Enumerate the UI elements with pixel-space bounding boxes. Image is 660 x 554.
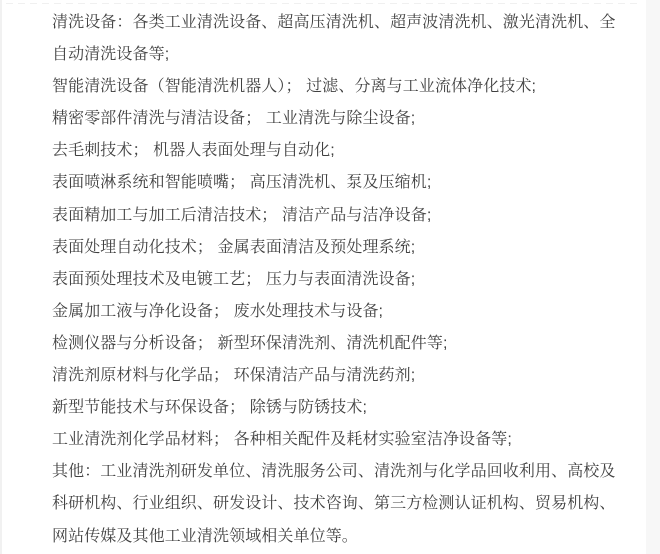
- text-line: 科研机构、行业组织、研发设计、技术咨询、第三方检测认证机构、贸易机构、: [52, 488, 632, 520]
- text-line: 表面喷淋系统和智能喷嘴； 高压清洗机、泵及压缩机;: [52, 167, 632, 199]
- text-line: 新型节能技术与环保设备； 除锈与防锈技术;: [52, 392, 632, 424]
- top-hairline-divider: [6, 3, 642, 4]
- text-line: 精密零部件清洗与清洁设备； 工业清洗与除尘设备;: [52, 103, 632, 135]
- text-line: 表面处理自动化技术； 金属表面清洁及预处理系统;: [52, 232, 632, 264]
- text-line: 清洗设备：各类工业清洗设备、超高压清洗机、超声波清洗机、激光清洗机、全: [52, 7, 632, 39]
- article-page: 清洗设备：各类工业清洗设备、超高压清洗机、超声波清洗机、激光清洗机、全 自动清洗…: [0, 0, 660, 554]
- text-line: 去毛刺技术； 机器人表面处理与自动化;: [52, 135, 632, 167]
- text-line: 工业清洗剂化学品材料； 各种相关配件及耗材实验室洁净设备等;: [52, 424, 632, 456]
- text-line: 网站传媒及其他工业清洗领域相关单位等。: [52, 521, 632, 553]
- text-line: 其他：工业清洗剂研发单位、清洗服务公司、清洗剂与化学品回收利用、高校及: [52, 456, 632, 488]
- right-edge-band: [646, 0, 660, 554]
- text-line: 清洗剂原材料与化学品； 环保清洁产品与清洗药剂;: [52, 360, 632, 392]
- text-line: 自动清洗设备等;: [52, 39, 632, 71]
- left-edge-divider: [0, 0, 2, 554]
- text-line: 智能清洗设备（智能清洗机器人）； 过滤、分离与工业流体净化技术;: [52, 71, 632, 103]
- text-line: 表面精加工与加工后清洁技术； 清洁产品与洁净设备;: [52, 200, 632, 232]
- text-line: 金属加工液与净化设备； 废水处理技术与设备;: [52, 296, 632, 328]
- text-line: 检测仪器与分析设备； 新型环保清洗剂、清洗机配件等;: [52, 328, 632, 360]
- article-body: 清洗设备：各类工业清洗设备、超高压清洗机、超声波清洗机、激光清洗机、全 自动清洗…: [52, 7, 632, 553]
- text-line: 表面预处理技术及电镀工艺； 压力与表面清洗设备;: [52, 264, 632, 296]
